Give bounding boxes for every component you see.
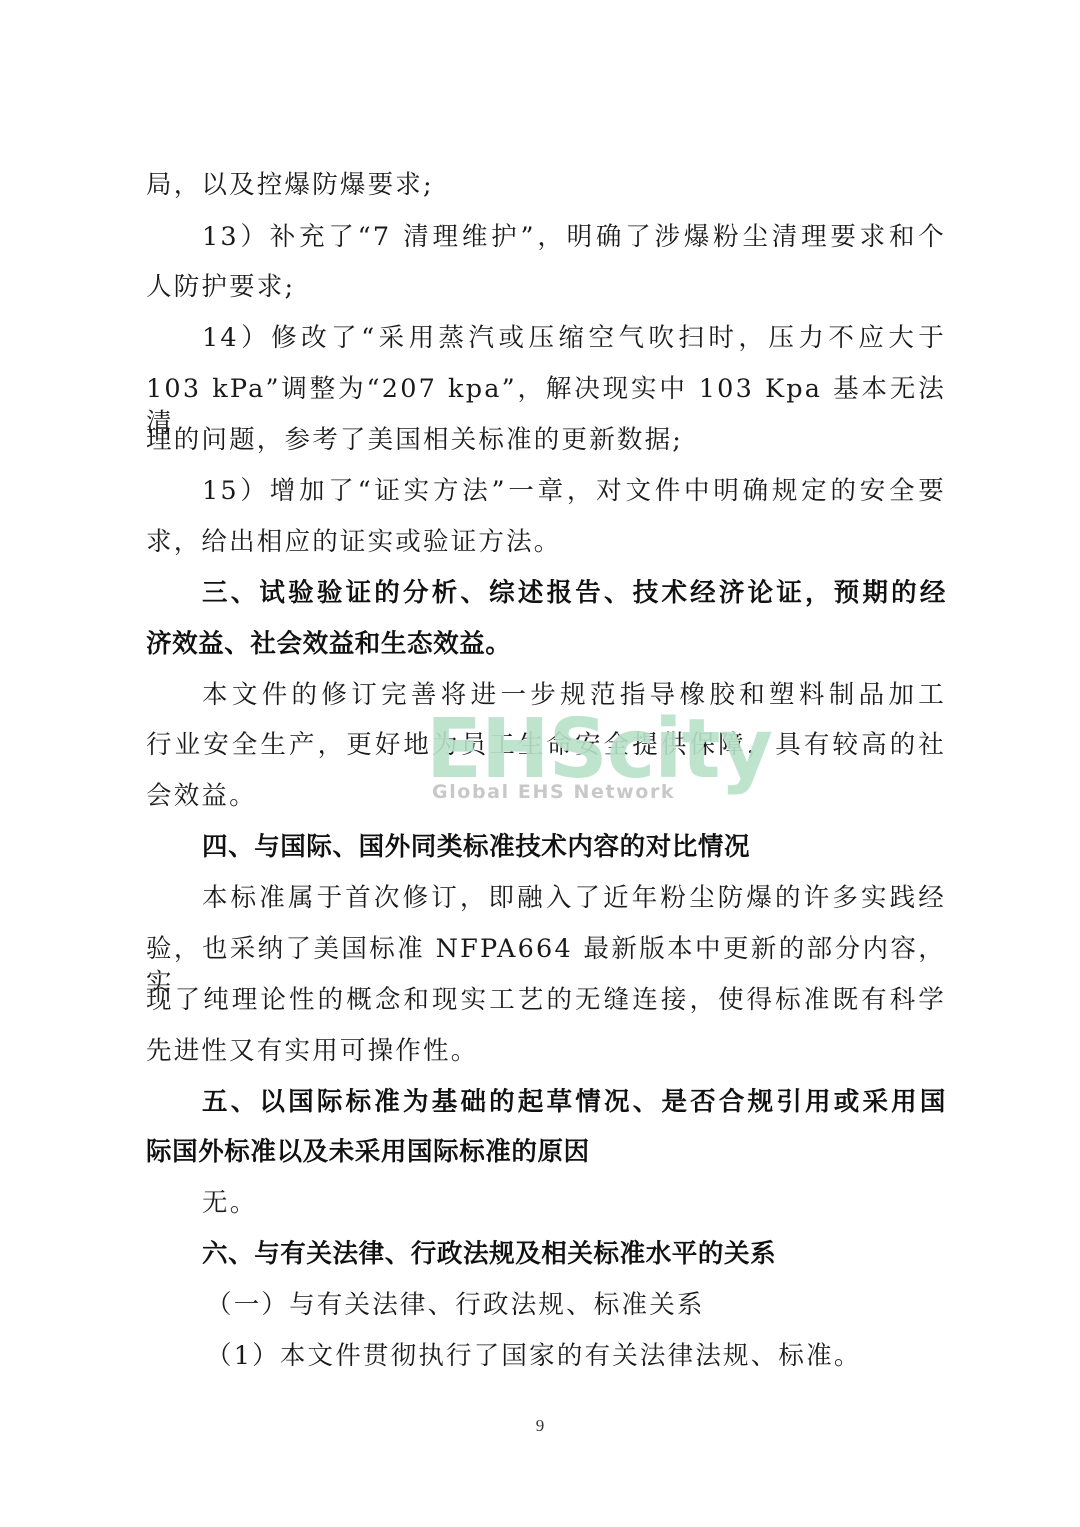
text-line: 求，给出相应的证实或验证方法。 bbox=[146, 525, 946, 559]
paragraph-line: 行业安全生产，更好地为员工生命安全提供保障，具有较高的社 bbox=[146, 728, 946, 762]
list-item-14: 14）修改了“采用蒸汽或压缩空气吹扫时，压力不应大于 bbox=[202, 321, 946, 355]
paragraph-line: 本文件的修订完善将进一步规范指导橡胶和塑料制品加工 bbox=[202, 678, 946, 712]
section-heading-5-cont: 际国外标准以及未采用国际标准的原因 bbox=[146, 1135, 946, 1169]
section-heading-3: 三、试验验证的分析、综述报告、技术经济论证，预期的经 bbox=[202, 576, 946, 610]
section-heading-5: 五、以国际标准为基础的起草情况、是否合规引用或采用国 bbox=[202, 1085, 946, 1119]
document-page: 局，以及控爆防爆要求; 13）补充了“7 清理维护”，明确了涉爆粉尘清理要求和个… bbox=[0, 0, 1080, 1527]
paragraph-line: （1）本文件贯彻执行了国家的有关法律法规、标准。 bbox=[206, 1339, 1006, 1373]
list-item-13: 13）补充了“7 清理维护”，明确了涉爆粉尘清理要求和个 bbox=[202, 220, 946, 254]
section-heading-4: 四、与国际、国外同类标准技术内容的对比情况 bbox=[202, 830, 946, 864]
paragraph-line: 现了纯理论性的概念和现实工艺的无缝连接，使得标准既有科学 bbox=[146, 983, 946, 1017]
text-line: 人防护要求; bbox=[146, 270, 946, 304]
section-heading-6: 六、与有关法律、行政法规及相关标准水平的关系 bbox=[202, 1237, 946, 1271]
text-line: 局，以及控爆防爆要求; bbox=[146, 168, 946, 202]
page-number: 9 bbox=[0, 1416, 1080, 1436]
text-line: 理的问题，参考了美国相关标准的更新数据; bbox=[146, 423, 946, 457]
paragraph-line: 会效益。 bbox=[146, 779, 946, 813]
list-item-15: 15）增加了“证实方法”一章，对文件中明确规定的安全要 bbox=[202, 474, 946, 508]
section-heading-3-cont: 济效益、社会效益和生态效益。 bbox=[146, 627, 946, 661]
paragraph-line: 本标准属于首次修订，即融入了近年粉尘防爆的许多实践经 bbox=[202, 881, 946, 915]
paragraph-line: 先进性又有实用可操作性。 bbox=[146, 1034, 946, 1068]
subsection-heading: （一）与有关法律、行政法规、标准关系 bbox=[206, 1288, 1006, 1322]
paragraph-line: 无。 bbox=[202, 1186, 946, 1220]
